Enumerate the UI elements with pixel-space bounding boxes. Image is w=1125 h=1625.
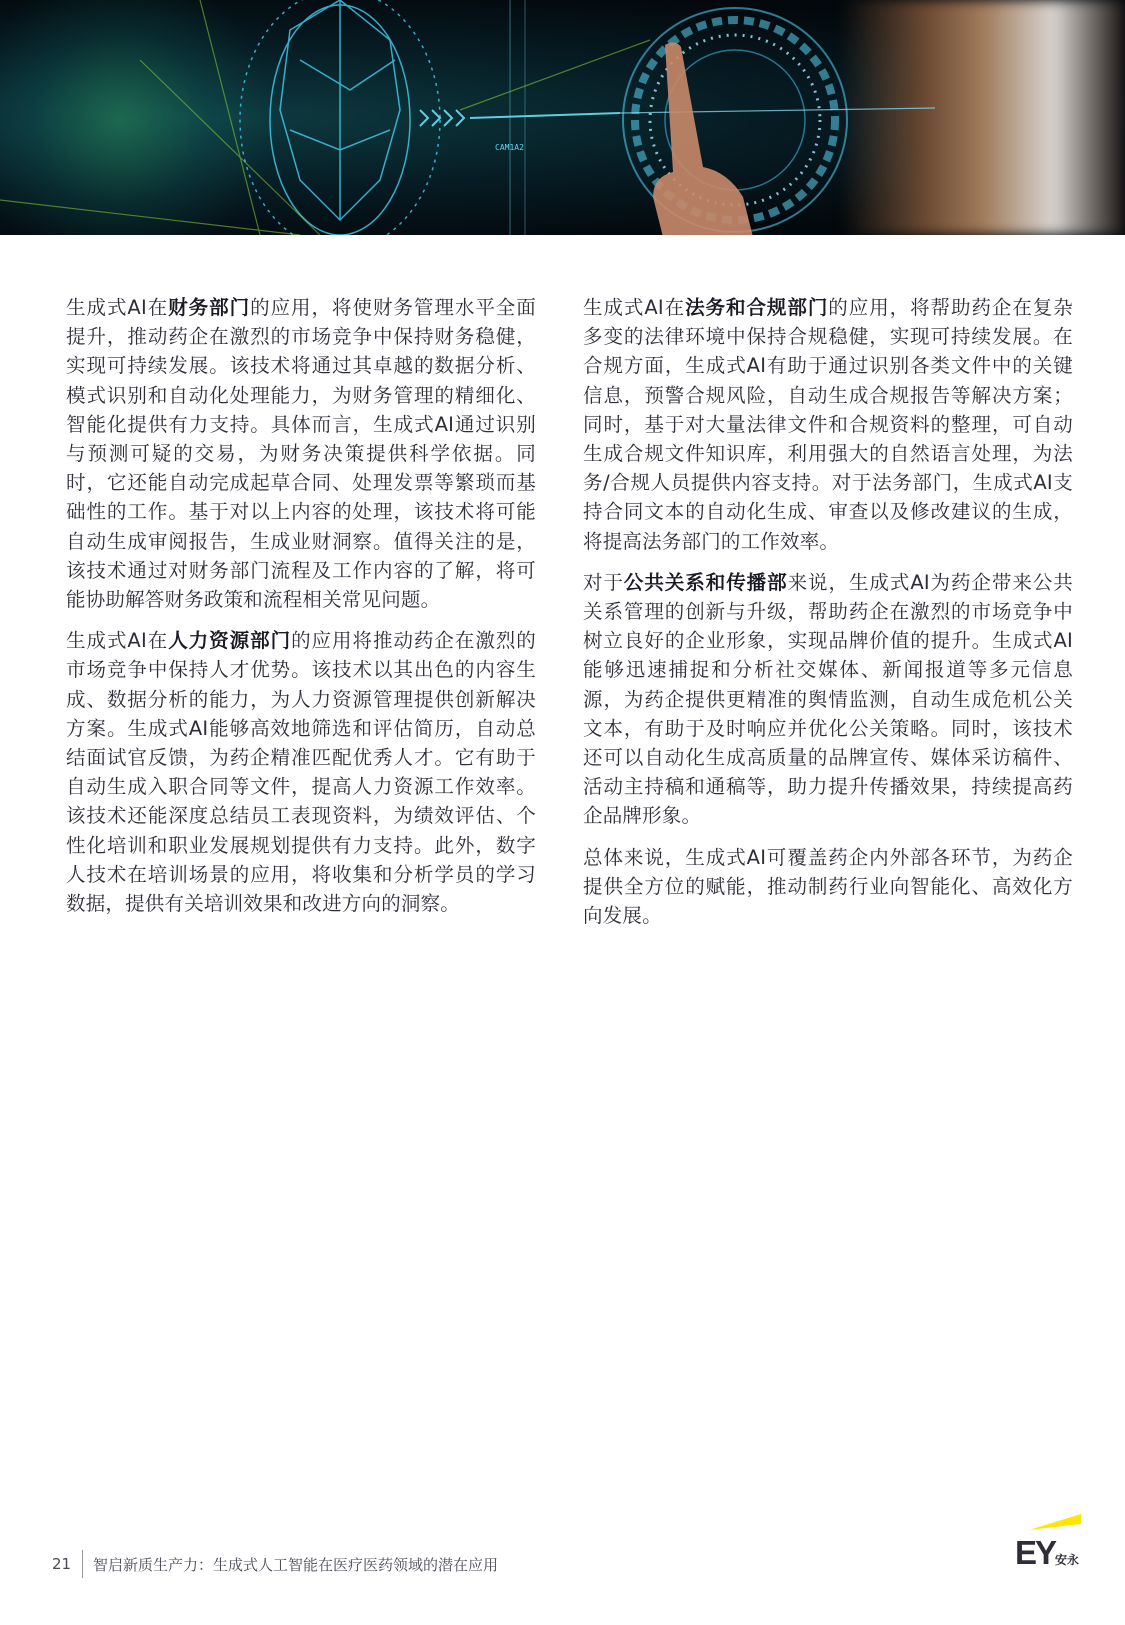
paragraph-finance: 生成式AI在财务部门的应用，将使财务管理水平全面提升，推动药企在激烈的市场竞争中…: [66, 293, 536, 614]
svg-text:安永: 安永: [1055, 1552, 1079, 1567]
heading-legal: 法务和合规部门: [685, 296, 828, 319]
page-number: 21: [52, 1555, 82, 1573]
hologram-graphic: CAM1A2: [0, 0, 1125, 235]
paragraph-legal: 生成式AI在法务和合规部门的应用，将帮助药企在复杂多变的法律环境中保持合规稳健，…: [583, 293, 1073, 556]
document-title: 智启新质生产力：生成式人工智能在医疗医药领域的潜在应用: [93, 1554, 498, 1575]
footer-divider: [82, 1550, 83, 1578]
left-column: 生成式AI在财务部门的应用，将使财务管理水平全面提升，推动药企在激烈的市场竞争中…: [66, 293, 536, 930]
ey-logo: EY 安永: [1015, 1512, 1090, 1572]
heading-finance: 财务部门: [168, 296, 250, 319]
hero-image: CAM1A2: [0, 0, 1125, 235]
face-wireframe-icon: [240, 0, 440, 235]
paragraph-summary: 总体来说，生成式AI可覆盖药企内外部各环节，为药企提供全方位的赋能，推动制药行业…: [583, 843, 1073, 931]
svg-text:CAM1A2: CAM1A2: [495, 143, 524, 152]
heading-hr: 人力资源部门: [168, 629, 291, 652]
paragraph-hr: 生成式AI在人力资源部门的应用将推动药企在激烈的市场竞争中保持人才优势。该技术以…: [66, 626, 536, 918]
ey-beam-icon: [1029, 1514, 1081, 1530]
paragraph-pr: 对于公共关系和传播部来说，生成式AI为药企带来公共关系管理的创新与升级，帮助药企…: [583, 568, 1073, 831]
page-footer: 21 智启新质生产力：生成式人工智能在医疗医药领域的潜在应用: [52, 1550, 498, 1578]
svg-text:EY: EY: [1015, 1534, 1057, 1571]
right-column: 生成式AI在法务和合规部门的应用，将帮助药企在复杂多变的法律环境中保持合规稳健，…: [583, 293, 1073, 942]
heading-pr: 公共关系和传播部: [624, 571, 788, 594]
